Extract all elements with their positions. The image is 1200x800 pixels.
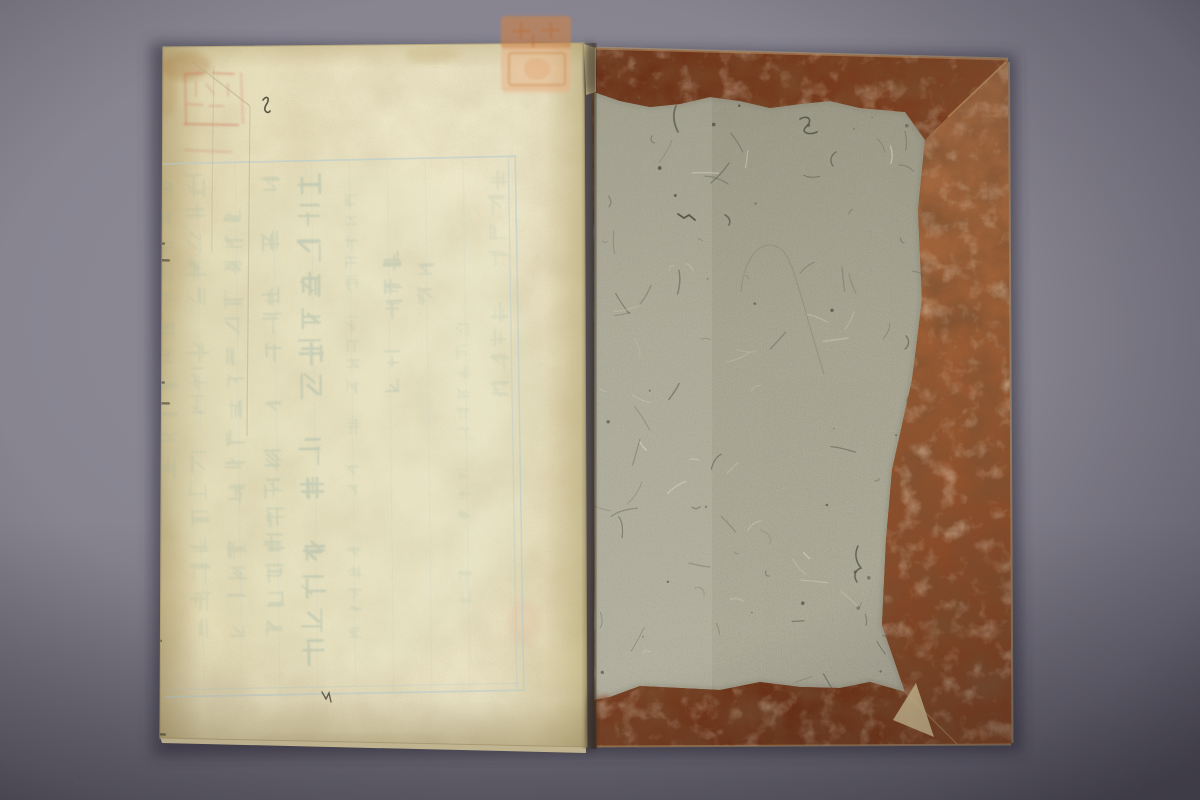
- photo-scene: [0, 0, 1200, 800]
- book-photo: [0, 0, 1200, 800]
- photo-vignette: [0, 0, 1200, 800]
